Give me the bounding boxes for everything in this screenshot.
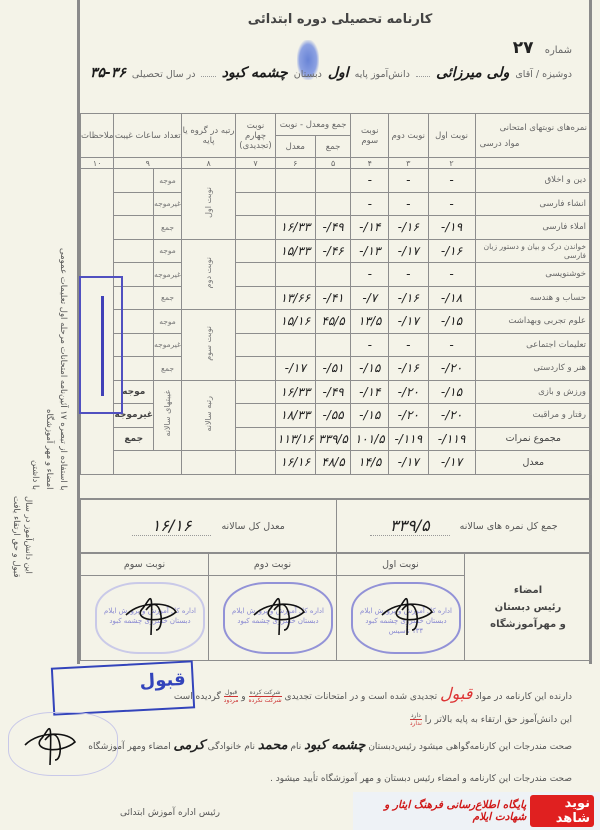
annual-absence-label: غیبتهای سالانه [163, 390, 172, 437]
annual-total-value: ۳۳۹/۵ [370, 516, 450, 536]
annual-total: جمع کل نمره های سالانه ۳۳۹/۵ [337, 500, 592, 552]
average-row: معدل ۱۷/- ۱۷/- ۱۴/۵ ۴۸/۵ ۱۶/۱۶ [81, 451, 592, 475]
number-label: شماره [545, 45, 572, 56]
grade-label: دانش‌آموز پایه [355, 69, 410, 80]
column-number-row: ۲ ۳ ۴ ۵ ۶ ۷ ۸ ۹ ۱۰ [81, 158, 592, 169]
watermark-logo: نوید شاهد [530, 795, 594, 827]
student-info-row: دوشیزه / آقای ولی میرزائی دانش‌آموز پایه… [90, 65, 572, 81]
grade-value: اول [328, 65, 349, 81]
header-absence: تعداد ساعات غیبت [114, 114, 182, 158]
table-row: علوم تجربی وبهداشت ۱۵/- ۱۷/- ۱۳/۵ ۴۵/۵ ۱… [81, 310, 592, 334]
student-label: دوشیزه / آقای [515, 69, 572, 80]
annual-average-label: معدل کل سالانه [221, 521, 284, 532]
signature-scribble-footer [20, 710, 80, 770]
signature-term3: نوبت سوم اداره کل آموزش و پرورش ایلامدبس… [81, 554, 208, 660]
header-term4: نوبت چهارم (تجدیدی) [236, 114, 276, 158]
table-row: هنر و کاردستی ۲۰/- ۱۶/- ۱۵/- ۵۱/- ۱۷/- ج… [81, 357, 592, 381]
signatures-section: امضاء رئیس دبستان و مهرآموزشگاه نوبت اول… [80, 553, 592, 661]
watermark-text: پایگاه اطلاع‌رسانی فرهنگ ایثار و شهادت ا… [353, 799, 526, 823]
rank-term2-label: نوبت دوم [204, 257, 213, 288]
table-row: خواندن درک و بیان و دستور زبان فارسی ۱۶/… [81, 239, 592, 263]
header-term3: نوبت سوم [351, 114, 389, 158]
footer-line-1: دارنده این کارنامه در مواد قبول تجدیدی ش… [80, 684, 572, 704]
year-label: در سال تحصیلی [132, 69, 196, 80]
table-row: انشاء فارسی - - - غیرموجه [81, 192, 592, 216]
year-value: ۳۵-۳۶ [90, 65, 126, 81]
school-label: دبستان [294, 69, 322, 80]
grades-table: نمره‌های نوبتهای امتحانی مواد درسی نوبت … [80, 113, 592, 475]
header-subject: نمره‌های نوبتهای امتحانی مواد درسی [475, 114, 591, 158]
signature-label: امضاء رئیس دبستان و مهرآموزشگاه [464, 554, 591, 660]
table-row: خوشنویسی - - - غیرموجه [81, 263, 592, 287]
header-term2: نوبت دوم [389, 114, 428, 158]
watermark-banner: نوید شاهد پایگاه اطلاع‌رسانی فرهنگ ایثار… [353, 792, 600, 830]
report-card-page: کارنامه تحصیلی دوره ابتدائی شماره ۲۷ دوش… [0, 0, 600, 830]
signature-term1: نوبت اول اداره کل آموزش و پرورش ایلامدبس… [336, 554, 464, 660]
school-value: چشمه کبود [222, 65, 288, 81]
footer-line-2: این دانش‌آموز حق ارتقاء به پایه بالاتر ر… [80, 712, 572, 727]
footer-line-3: صحت مندرجات این کارنامه‌گواهی میشود رئیس… [80, 738, 572, 753]
annual-total-label: جمع کل نمره های سالانه [460, 521, 558, 532]
rank-term3-label: نوبت سوم [204, 326, 213, 361]
accepted-handwriting: قبول [440, 684, 472, 703]
number-field: شماره ۲۷ [513, 38, 572, 58]
side-note-vertical: با استفاده از تبصره ۱۷ آئین‌نامه امتحانا… [28, 190, 70, 490]
annual-average-value: ۱۶/۱۶ [132, 516, 212, 536]
signature-term2: نوبت دوم اداره کل آموزش و پرورش ایلامدبس… [208, 554, 336, 660]
table-row: دین و اخلاق - - - نوبت اول موجه [81, 169, 592, 193]
table-row: تعلیمات اجتماعی - - - غیرموجه [81, 333, 592, 357]
annual-summary: جمع کل نمره های سالانه ۳۳۹/۵ معدل کل سال… [80, 498, 592, 553]
header-sum-avg: جمع ومعدل - نوبت [275, 114, 351, 136]
header-avg: معدل [275, 136, 315, 158]
rank-annual-label: رتبه سالانه [204, 396, 213, 432]
student-name: ولی میرزائی [436, 65, 509, 81]
table-header-row: نمره‌های نوبتهای امتحانی مواد درسی نوبت … [81, 114, 592, 136]
header-term1: نوبت اول [428, 114, 475, 158]
number-value: ۲۷ [513, 38, 534, 58]
annual-average: معدل کل سالانه ۱۶/۱۶ [81, 500, 337, 552]
header-sum: جمع [315, 136, 351, 158]
rank-term1-label: نوبت اول [204, 187, 213, 218]
footer-line-4: صحت مندرجات این کارنامه و امضاء رئیس دبس… [80, 774, 572, 784]
header-notes: ملاحظات [81, 114, 114, 158]
table-row: ورزش و بازی ۱۵/- ۲۰/- ۱۴/- ۴۹/- ۱۶/۳۳ رت… [81, 380, 592, 404]
signature-scribble [377, 580, 437, 640]
header-rank: رتبه در گروه یا پایه [182, 114, 236, 158]
blue-ink-stamp-box [79, 276, 123, 414]
signature-scribble [121, 580, 181, 640]
table-row: حساب و هندسه ۱۸/- ۱۶/- ۷/- ۴۱/- ۱۳/۶۶ جم… [81, 286, 592, 310]
signature-scribble [249, 580, 309, 640]
document-title: کارنامه تحصیلی دوره ابتدائی [240, 12, 440, 27]
footer-line-5: رئیس اداره آموزش ابتدائی [120, 808, 220, 818]
side-note-left: این دانش‌آموز در سال قبول و حق ارتقاء یا… [10, 496, 34, 578]
table-row: املاء فارسی ۱۹/- ۱۶/- ۱۴/- ۴۹/- ۱۶/۳۳ جم… [81, 216, 592, 240]
